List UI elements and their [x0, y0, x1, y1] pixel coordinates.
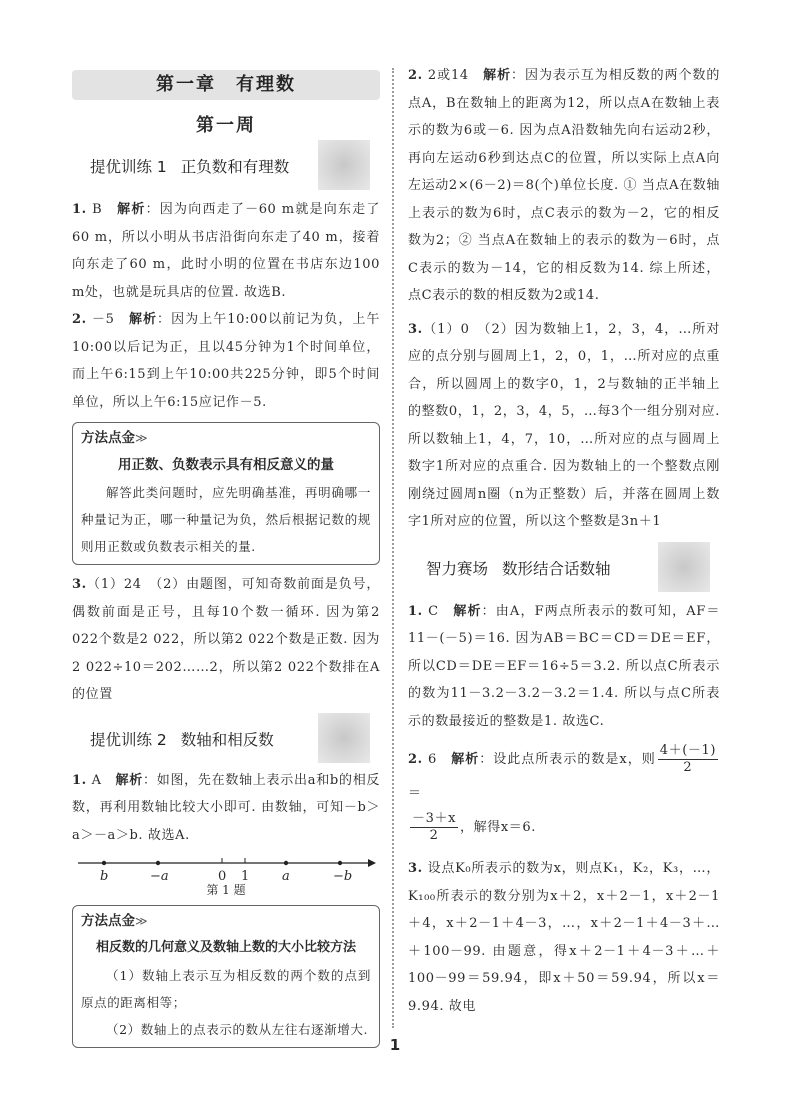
double-chevron-icon: ≫: [135, 431, 148, 445]
tip-body: （1）数轴上表示互为相反数的两个数的点到原点的距离相等；: [81, 962, 371, 1016]
tip-header: 方法点金≫: [81, 908, 371, 934]
section-title: 数形结合话数轴: [502, 560, 611, 578]
section-title: 数轴和相反数: [181, 731, 274, 749]
right-column: 2. 2或14 解析：因为表示互为相反数的两个数的点A，B在数轴上的距离为12，…: [408, 62, 720, 1020]
section-label: 提优训练 1: [90, 158, 167, 176]
section-heading-2: 提优训练 2数轴和相反数: [72, 713, 380, 765]
answer-item: 1. A 解析：如图，先在数轴上表示出a和b的相反数，再利用数轴比较大小即可. …: [72, 767, 380, 850]
qr-code-image[interactable]: [318, 713, 370, 763]
answer-item: 1. B 解析：因为向西走了－60 m就是向东走了60 m，所以小明从书店沿街向…: [72, 196, 380, 306]
page-number: 1: [0, 1036, 790, 1054]
tip-title: 用正数、负数表示具有相反意义的量: [81, 451, 371, 479]
section-label: 智力赛场: [426, 560, 488, 578]
left-column: 第一章有理数 第一周 提优训练 1正负数和有理数 1. B 解析：因为向西走了－…: [72, 70, 380, 1054]
fraction: －3＋x2: [410, 811, 458, 844]
section-heading-3: 智力赛场数形结合话数轴: [408, 542, 720, 594]
chapter-title: 第一章有理数: [72, 70, 380, 100]
number-line-figure: b −a 0 1 a −b 第 1 题: [72, 853, 380, 899]
answer-item: 3. 设点K₀所表示的数为x，则点K₁，K₂，K₃，…，K₁₀₀所表示的数分别为…: [408, 855, 720, 1020]
tip-title: 相反数的几何意义及数轴上数的大小比较方法: [81, 934, 371, 962]
section-label: 提优训练 2: [90, 731, 167, 749]
answer-item: 3.（1）0 （2）因为数轴上1，2，3，4，…所对应的点分别与圆周上1，2，0…: [408, 316, 720, 536]
chapter-name: 有理数: [236, 74, 296, 95]
answer-item: 1. C 解析：由A，F两点所表示的数可知，AF＝11－(－5)＝16. 因为A…: [408, 598, 720, 736]
tip-body: 解答此类问题时，应先明确基准，再明确哪一种量记为正，哪一种量记为负，然后根据记数…: [81, 479, 371, 560]
figure-caption: 第 1 题: [72, 883, 380, 897]
week-title: 第一周: [72, 112, 380, 140]
double-chevron-icon: ≫: [135, 914, 148, 928]
section-heading-1: 提优训练 1正负数和有理数: [72, 140, 380, 192]
qr-code-image[interactable]: [318, 140, 370, 190]
tip-header: 方法点金≫: [81, 425, 371, 451]
fraction: 4＋(－1)2: [658, 743, 718, 776]
answer-item: 3.（1）24 （2）由题图，可知奇数前面是负号，偶数前面是正号，且每10个数一…: [72, 571, 380, 709]
chapter-number: 第一章: [156, 74, 216, 95]
column-divider: [392, 68, 394, 1028]
method-tip-box: 方法点金≫ 用正数、负数表示具有相反意义的量 解答此类问题时，应先明确基准，再明…: [72, 422, 380, 565]
qr-code-image[interactable]: [658, 542, 710, 592]
answer-item: 2. －5 解析：因为上午10:00以前记为负，上午10:00以后记为正，且以4…: [72, 306, 380, 416]
section-title: 正负数和有理数: [181, 158, 290, 176]
answer-item: 2. 2或14 解析：因为表示互为相反数的两个数的点A，B在数轴上的距离为12，…: [408, 62, 720, 310]
answer-item: 2. 6 解析：设此点所表示的数是x，则4＋(－1)2＝ －3＋x2，解得x＝6…: [408, 743, 720, 845]
method-tip-box: 方法点金≫ 相反数的几何意义及数轴上数的大小比较方法 （1）数轴上表示互为相反数…: [72, 905, 380, 1048]
